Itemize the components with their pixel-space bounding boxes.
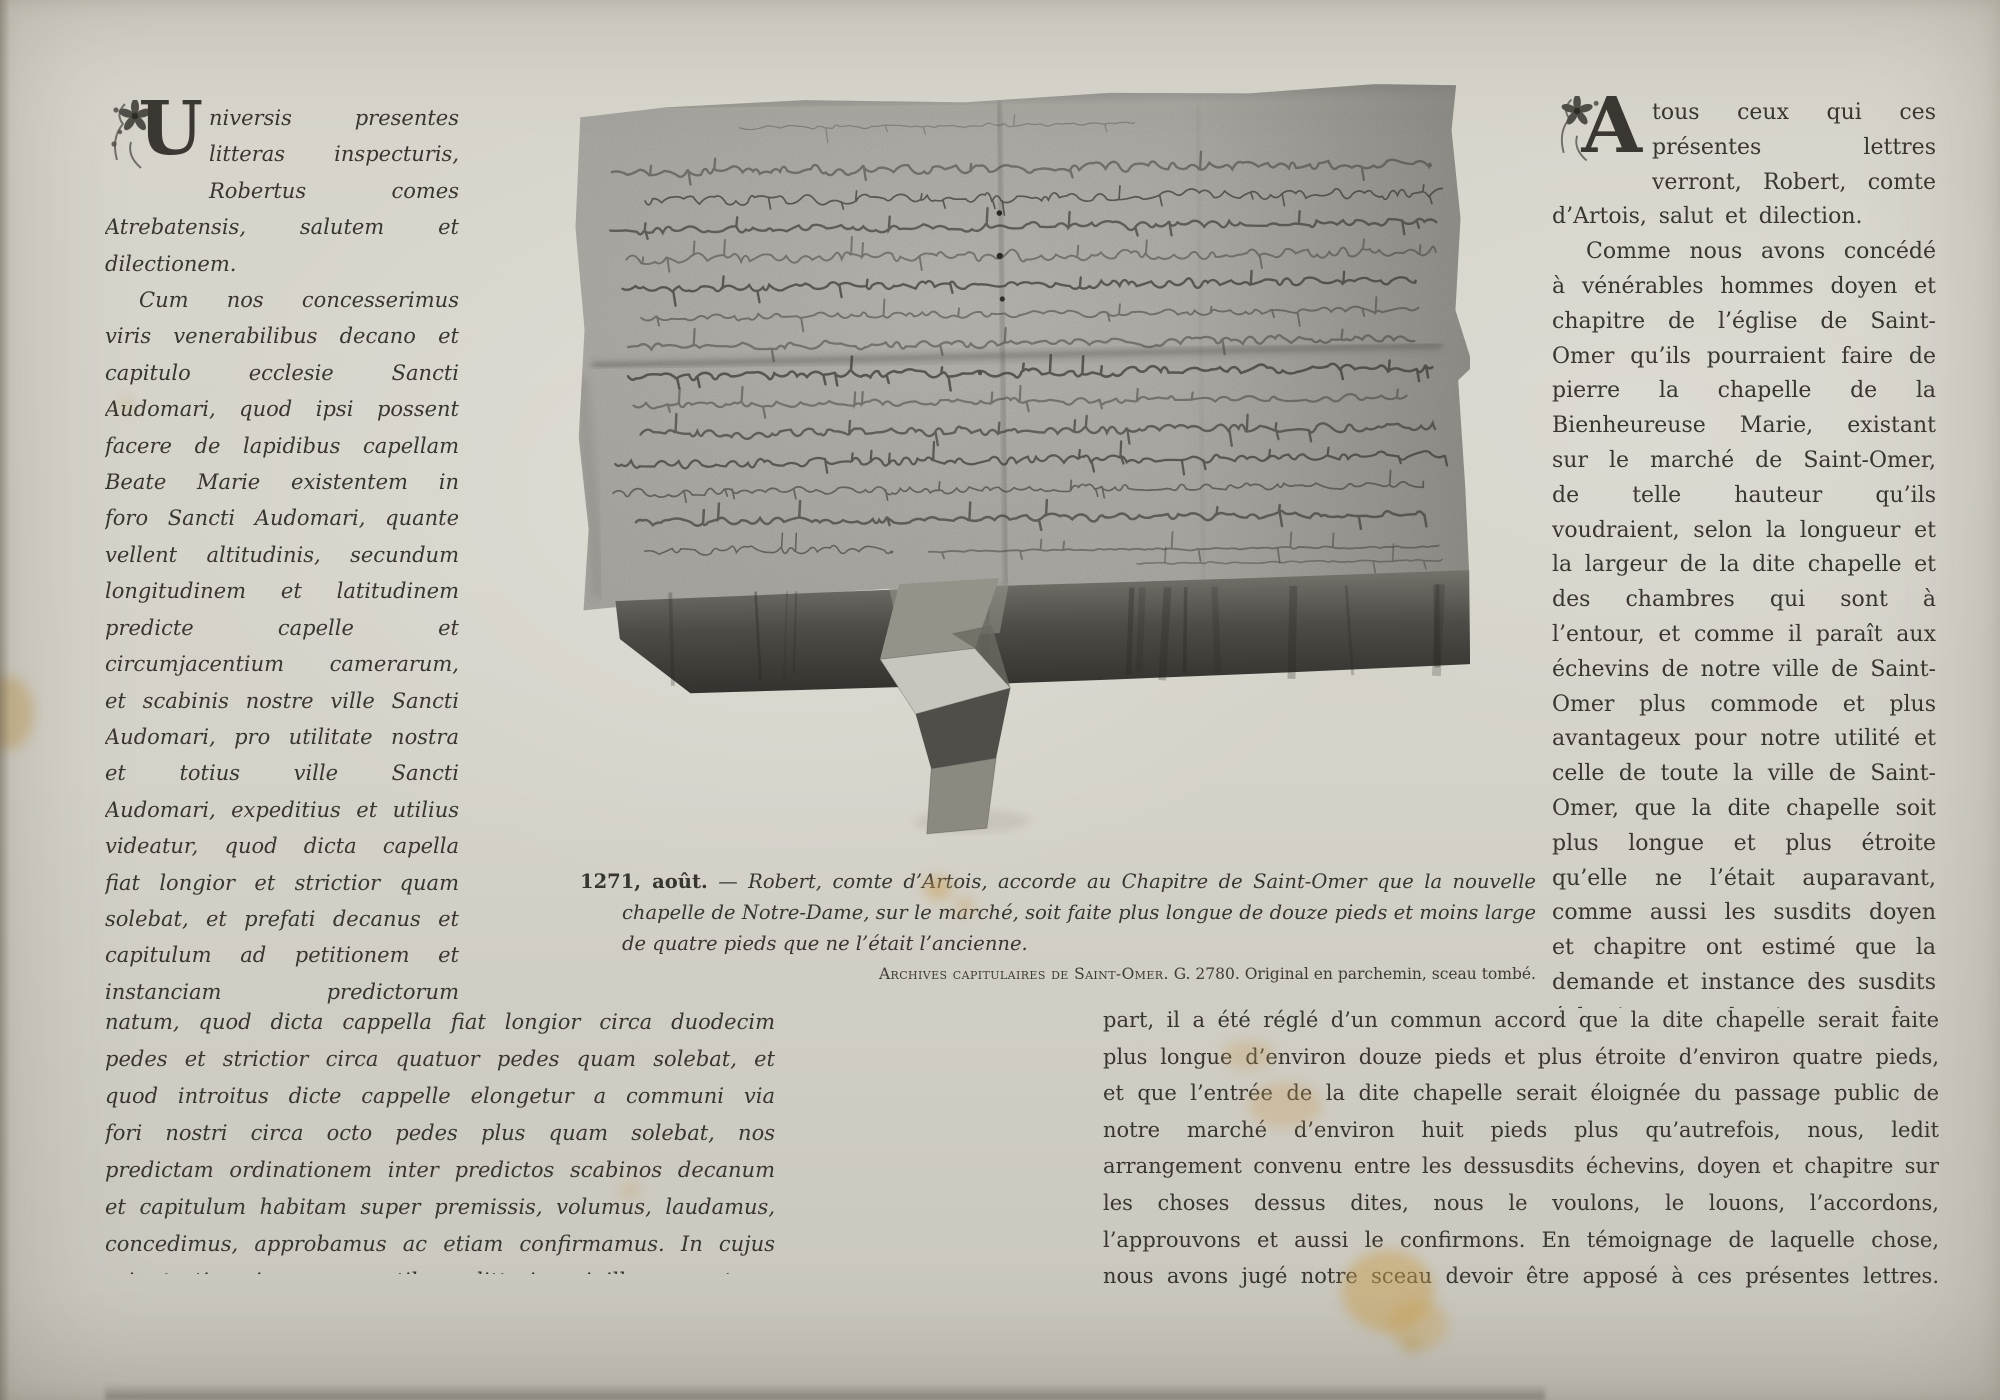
- figure-caption-block: 1271, août. — Robert, comte d’Artois, ac…: [580, 866, 1536, 983]
- initial-letter: A: [1581, 96, 1642, 164]
- page-left-edge-shadow: [0, 0, 10, 1400]
- initial-letter: U: [138, 100, 203, 166]
- caption-source-detail: G. 2780. Original en parchemin, sceau to…: [1174, 965, 1536, 983]
- book-page: { "left_column": { "initial": "U", "p1":…: [0, 0, 2000, 1400]
- parchment-art: [538, 73, 1470, 855]
- latin-column: U niversis presentes litteras inspecturi…: [105, 100, 459, 1008]
- caption-source-archive: Archives capitulaires de Saint-Omer.: [879, 965, 1169, 983]
- parchment-photograph: [538, 73, 1470, 855]
- french-column: A tous ceux qui ces présentes lettres ve…: [1552, 96, 1936, 1008]
- page-bottom-shadow: [105, 1384, 1545, 1400]
- caption: 1271, août. — Robert, comte d’Artois, ac…: [580, 866, 1536, 959]
- caption-date: 1271, août.: [580, 870, 708, 893]
- latin-paragraph-1: U niversis presentes litteras inspecturi…: [105, 100, 459, 282]
- stain: [1388, 1300, 1448, 1350]
- latin-paragraph-2: Cum nos concesserimus viris venerabilibu…: [105, 282, 459, 1008]
- french-paragraph-1: A tous ceux qui ces présentes lettres ve…: [1552, 96, 1936, 235]
- caption-source: Archives capitulaires de Saint-Omer. G. …: [580, 965, 1536, 983]
- stain: [1404, 1338, 1420, 1352]
- drop-cap-a: A: [1552, 96, 1652, 170]
- caption-text: Robert, comte d’Artois, accorde au Chapi…: [622, 870, 1536, 955]
- french-continuation: part, il a été réglé d’un commun accord …: [1103, 1002, 1939, 1302]
- french-paragraph-2: Comme nous avons concédé à vénérables ho…: [1552, 235, 1936, 1008]
- latin-continuation: natum, quod dicta cappella fiat longior …: [105, 1004, 775, 1274]
- drop-cap-u: U: [105, 100, 209, 178]
- caption-dash: —: [718, 870, 738, 893]
